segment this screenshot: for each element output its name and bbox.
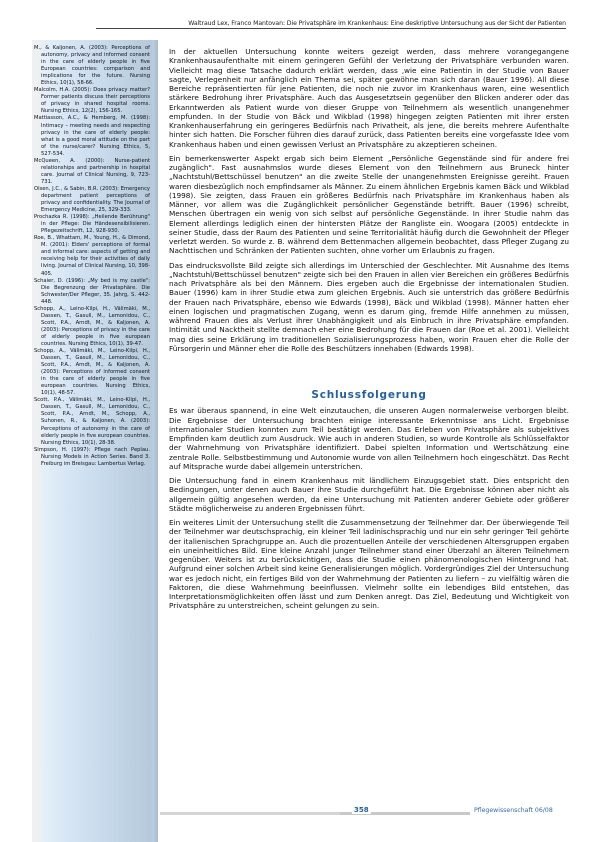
reference-item: Malcolm, H.A. (2005): Does privacy matte… [34, 87, 150, 115]
reference-item: McQueen, A. (2000): Nurse-patient relati… [34, 158, 150, 186]
page-number: 358 [352, 806, 371, 814]
body-paragraph: Ein bemerkenswerter Aspekt ergab sich be… [169, 154, 569, 256]
references-list: M., & Kaljonen, A. (2003): Perceptions o… [34, 45, 150, 468]
body-paragraph: Ein weiteres Limit der Untersuchung stel… [169, 518, 569, 611]
footer-rule-left [160, 812, 340, 815]
reference-item: Prochazka R. (1998): „Heilende Berührung… [34, 214, 150, 235]
reference-item: Schaier, D. (1996): „My bed is my castle… [34, 278, 150, 306]
section-heading: Schlussfolgerung [169, 391, 569, 400]
reference-item: Simpson, H. (1997): Pflege nach Peplau. … [34, 447, 150, 468]
reference-item: Roe, B., Whattam, M., Young, H., & Dimon… [34, 235, 150, 277]
main-body-text: In der aktuellen Untersuchung konnte wei… [169, 47, 569, 616]
body-paragraph: Die Untersuchung fand in einem Krankenha… [169, 476, 569, 513]
sidebar-edge [152, 40, 158, 842]
body-paragraph: Das eindrucksvollste Bild zeigte sich al… [169, 261, 569, 354]
reference-item: Mattiasson, A.C., & Hemberg, M. (1998): … [34, 115, 150, 157]
body-paragraph: In der aktuellen Untersuchung konnte wei… [169, 47, 569, 149]
body-paragraph: Es war überaus spannend, in eine Welt ei… [169, 406, 569, 471]
reference-item: M., & Kaljonen, A. (2003): Perceptions o… [34, 45, 150, 87]
reference-item: Scott, P.A., Välimäki, M., Leino-Kilpi, … [34, 397, 150, 446]
reference-item: Olsen, J.C., & Sabin, B.R. (2003): Emerg… [34, 186, 150, 214]
journal-name: Pflegewissenschaft 06/08 [474, 807, 553, 814]
reference-item: Schopp, A., Välimäki, M., Leino-Kilpi, H… [34, 348, 150, 397]
running-header: Waltraud Lex, Franco Mantovan: Die Priva… [96, 20, 566, 29]
reference-item: Schopp, A., Leino-Kilpi, H., Välimäki, M… [34, 306, 150, 348]
